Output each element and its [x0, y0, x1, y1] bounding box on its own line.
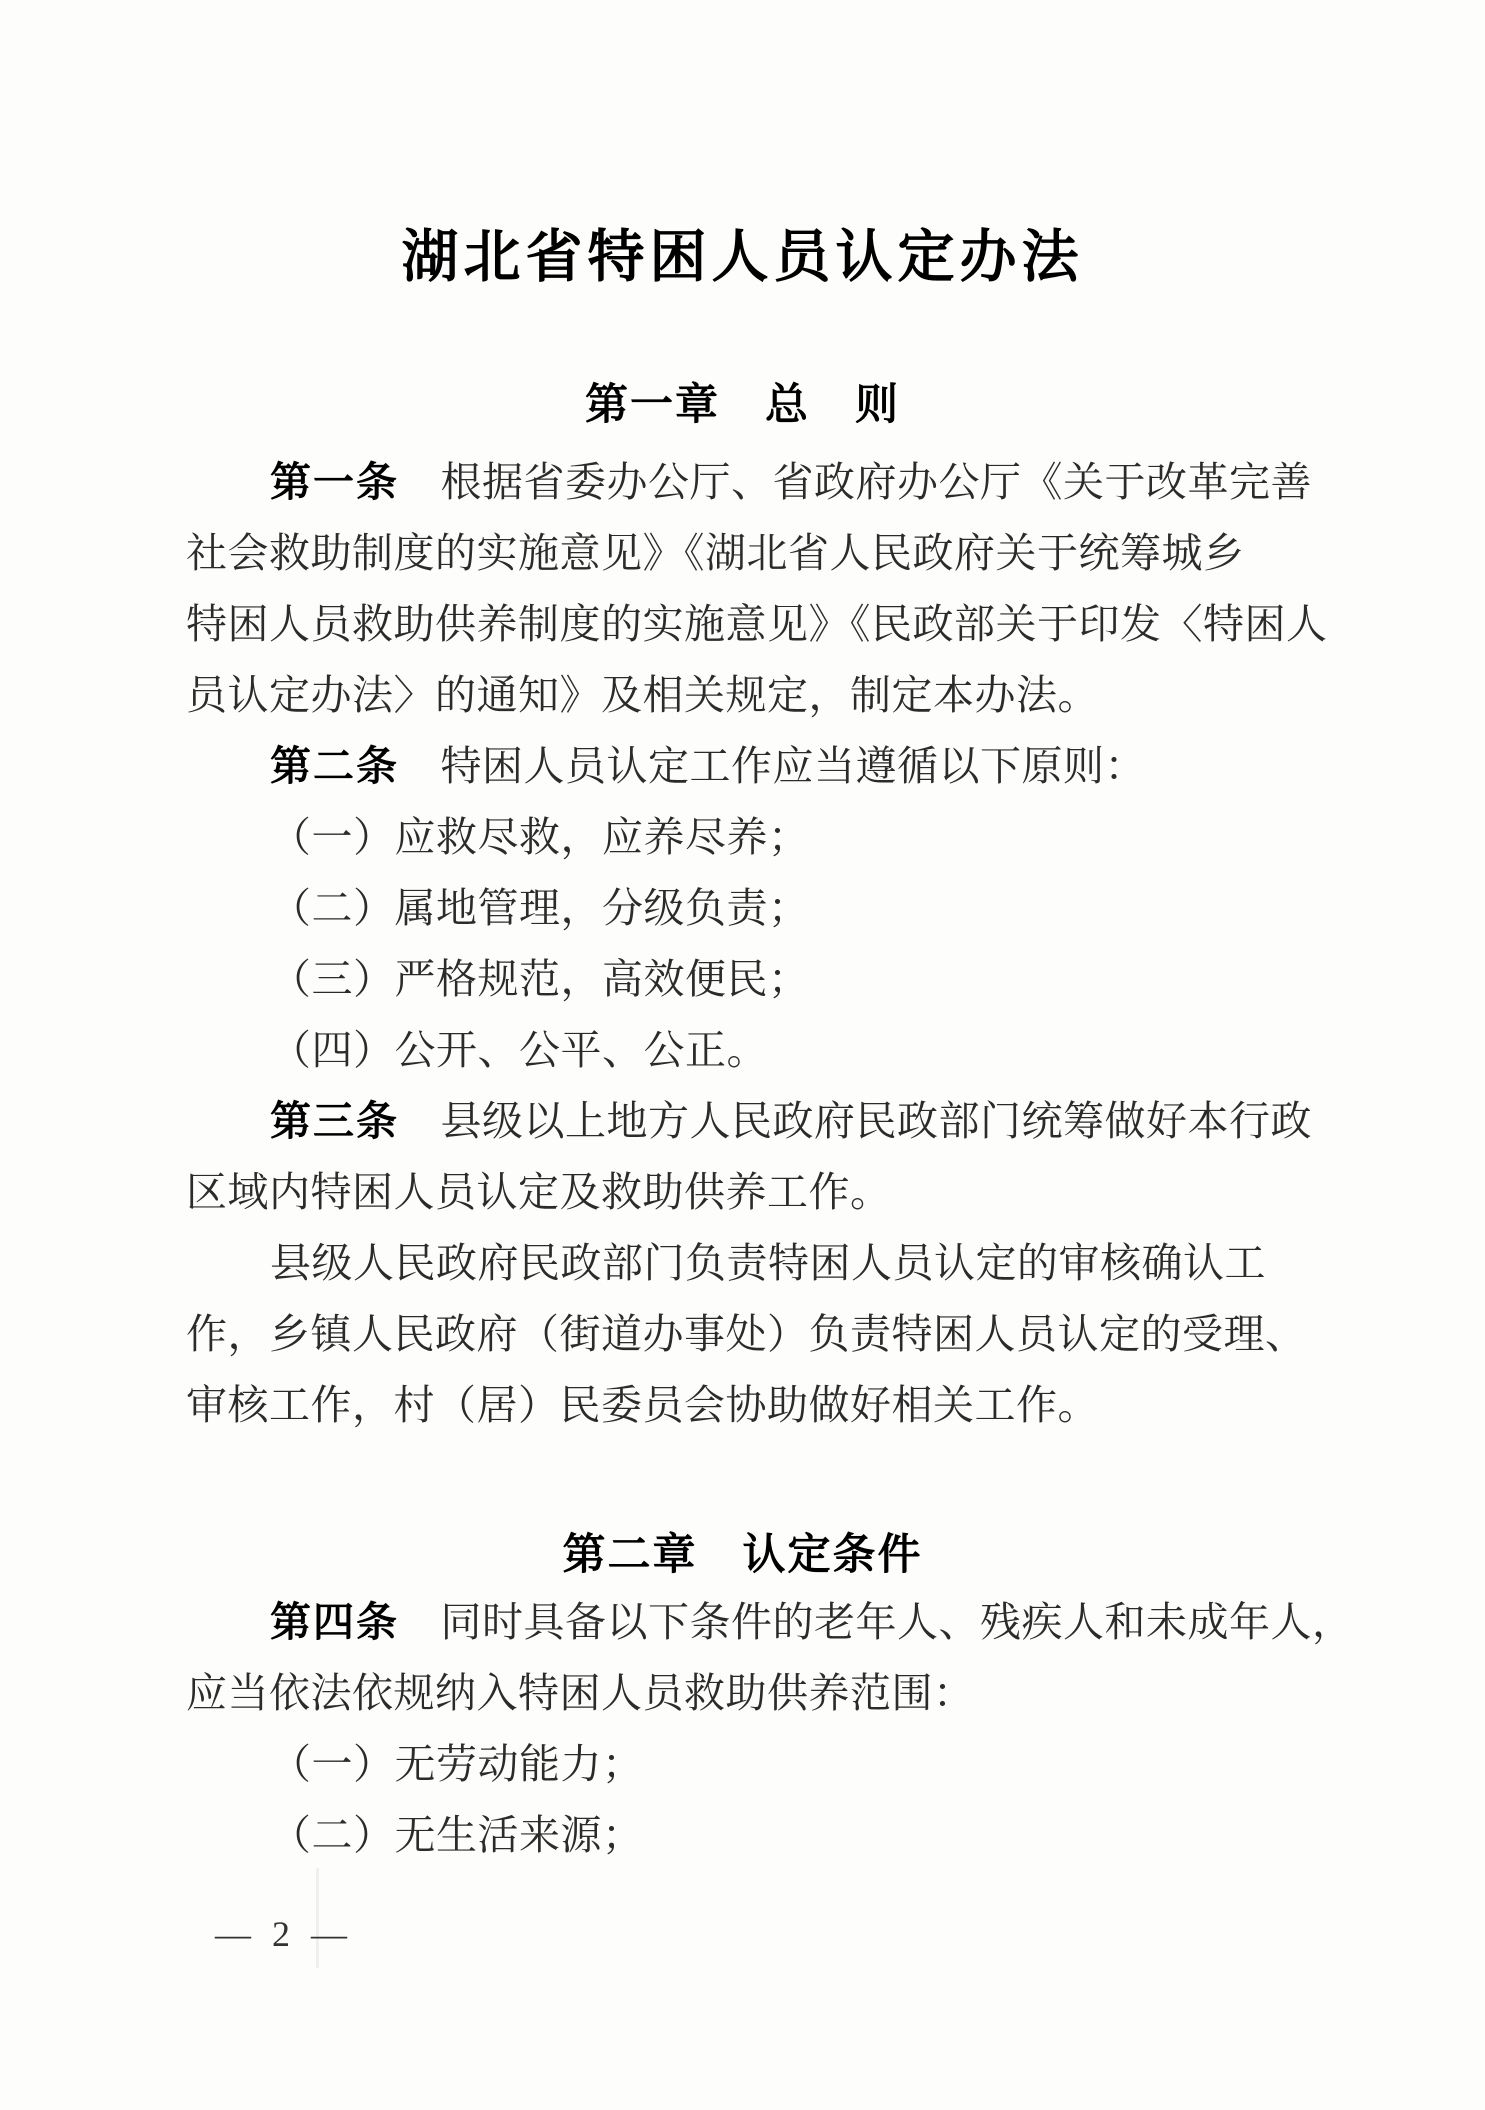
line-text: （二）属地管理，分级负责； — [270, 885, 810, 931]
article-4-label: 第四条 — [270, 1599, 399, 1645]
text-line: 社会救助制度的实施意见》《湖北省人民政府关于统筹城乡 — [186, 518, 1326, 589]
line-text: （三）严格规范，高效便民； — [270, 956, 810, 1002]
text-line: 第三条 县级以上地方人民政府民政部门统筹做好本行政 — [186, 1086, 1326, 1157]
chapter-1-heading: 第一章 总 则 — [0, 382, 1485, 428]
chapter-2-body: 第四条 同时具备以下条件的老年人、残疾人和未成年人， 应当依法依规纳入特困人员救… — [186, 1587, 1326, 1871]
line-text: 县级人民政府民政部门负责特困人员认定的审核确认工 — [270, 1240, 1266, 1286]
line-text: 审核工作，村（居）民委员会协助做好相关工作。 — [186, 1382, 1099, 1428]
line-text: （一）应救尽救，应养尽养； — [270, 814, 810, 860]
document-title: 湖北省特困人员认定办法 — [0, 226, 1485, 290]
page-number: — 2 — — [215, 1912, 353, 1956]
article-3-label: 第三条 — [270, 1098, 399, 1144]
text-line: 第二条 特困人员认定工作应当遵循以下原则： — [186, 731, 1326, 802]
line-text: 同时具备以下条件的老年人、残疾人和未成年人， — [399, 1599, 1354, 1645]
text-line: 第四条 同时具备以下条件的老年人、残疾人和未成年人， — [186, 1587, 1326, 1658]
line-text: 应当依法依规纳入特困人员救助供养范围： — [186, 1670, 975, 1716]
line-text: 员认定办法〉的通知》及相关规定，制定本办法。 — [186, 672, 1099, 718]
text-line: （一）应救尽救，应养尽养； — [186, 802, 1326, 873]
text-line: （一）无劳动能力； — [186, 1729, 1326, 1800]
chapter-2-heading: 第二章 认定条件 — [0, 1532, 1485, 1578]
text-line: 第一条 根据省委办公厅、省政府办公厅《关于改革完善 — [186, 447, 1326, 518]
text-line: 应当依法依规纳入特困人员救助供养范围： — [186, 1658, 1326, 1729]
line-text: （一）无劳动能力； — [270, 1741, 644, 1787]
text-line: 县级人民政府民政部门负责特困人员认定的审核确认工 — [186, 1228, 1326, 1299]
text-line: （二）属地管理，分级负责； — [186, 873, 1326, 944]
text-line: 审核工作，村（居）民委员会协助做好相关工作。 — [186, 1370, 1326, 1441]
line-text: 根据省委办公厅、省政府办公厅《关于改革完善 — [399, 459, 1312, 505]
text-line: 员认定办法〉的通知》及相关规定，制定本办法。 — [186, 660, 1326, 731]
text-line: （四）公开、公平、公正。 — [186, 1015, 1326, 1086]
text-line: （三）严格规范，高效便民； — [186, 944, 1326, 1015]
text-line: 特困人员救助供养制度的实施意见》《民政部关于印发〈特困人 — [186, 589, 1326, 660]
line-text: （二）无生活来源； — [270, 1812, 644, 1858]
line-text: 特困人员救助供养制度的实施意见》《民政部关于印发〈特困人 — [186, 601, 1328, 647]
line-text: 作，乡镇人民政府（街道办事处）负责特困人员认定的受理、 — [186, 1311, 1307, 1357]
line-text: 县级以上地方人民政府民政部门统筹做好本行政 — [399, 1098, 1312, 1144]
article-2-label: 第二条 — [270, 743, 399, 789]
line-text: 特困人员认定工作应当遵循以下原则： — [399, 743, 1146, 789]
document-page: 湖北省特困人员认定办法 第一章 总 则 第一条 根据省委办公厅、省政府办公厅《关… — [0, 0, 1485, 2110]
chapter-1-body: 第一条 根据省委办公厅、省政府办公厅《关于改革完善 社会救助制度的实施意见》《湖… — [186, 447, 1326, 1441]
text-line: 区域内特困人员认定及救助供养工作。 — [186, 1157, 1326, 1228]
line-text: （四）公开、公平、公正。 — [270, 1027, 768, 1073]
text-line: 作，乡镇人民政府（街道办事处）负责特困人员认定的受理、 — [186, 1299, 1326, 1370]
text-line: （二）无生活来源； — [186, 1800, 1326, 1871]
article-1-label: 第一条 — [270, 459, 399, 505]
line-text: 区域内特困人员认定及救助供养工作。 — [186, 1169, 892, 1215]
line-text: 社会救助制度的实施意见》《湖北省人民政府关于统筹城乡 — [186, 530, 1245, 576]
